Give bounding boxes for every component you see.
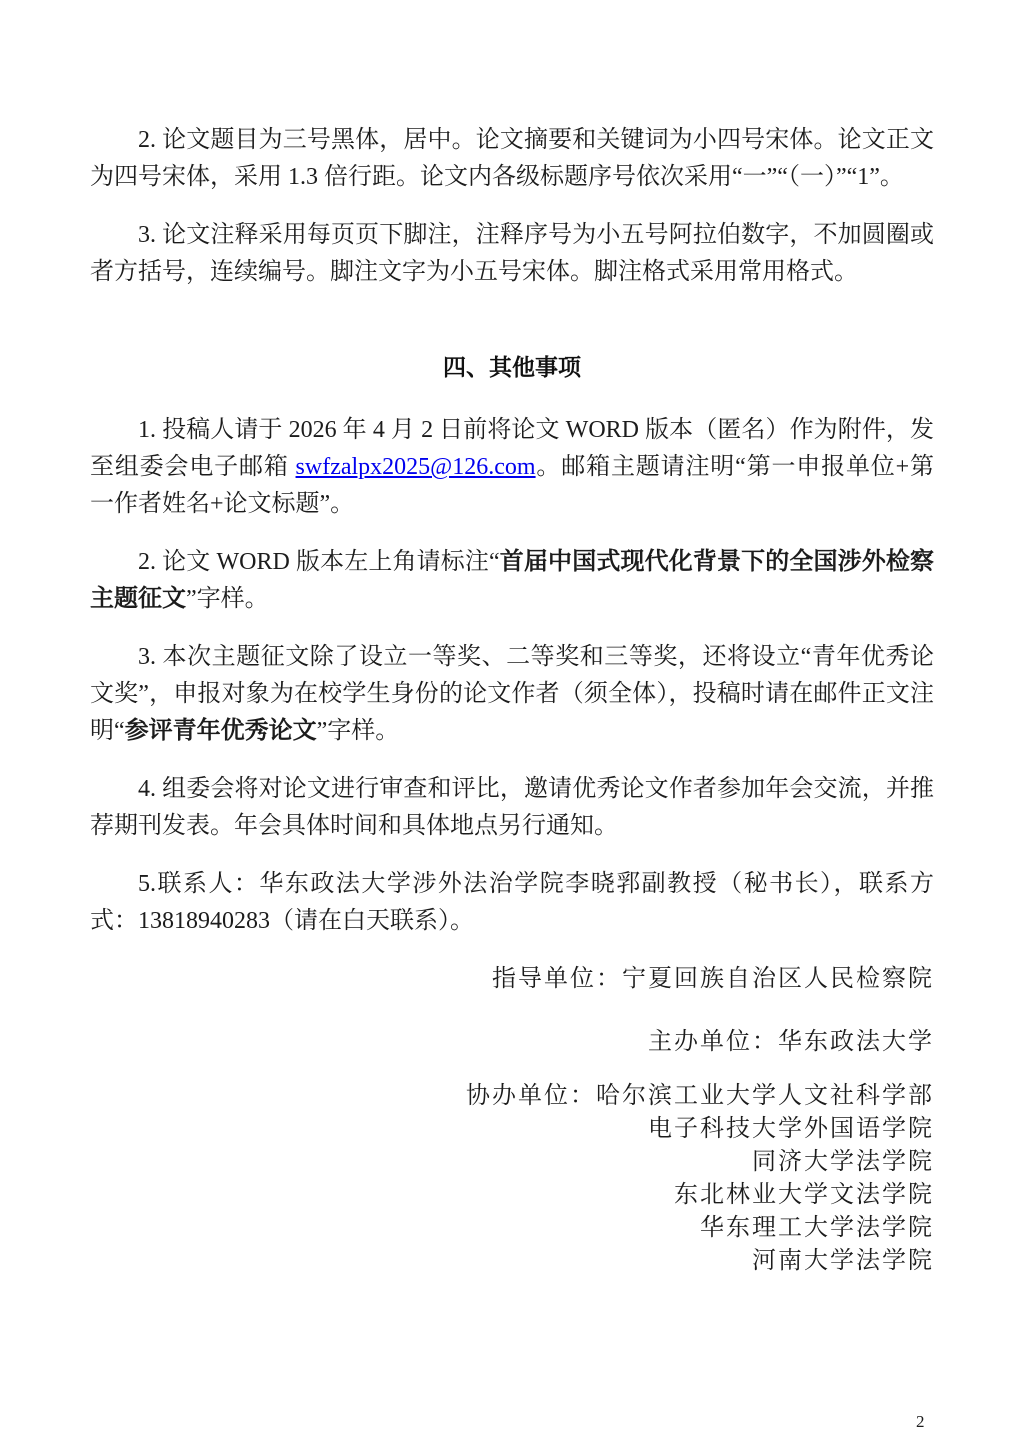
section-heading-other-matters: 四、其他事项 [90,349,934,386]
org-co-line: 电子科技大学外国语学院 [90,1113,934,1146]
org-guidance-line: 指导单位：宁夏回族自治区人民检察院 [90,961,934,998]
para-review: 4. 组委会将对论文进行审查和评比，邀请优秀论文作者参加年会交流，并推荐期刊发表… [90,771,934,845]
awards-text-after: ”字样。 [317,718,400,744]
org-co-line: 河南大学法学院 [90,1245,934,1278]
org-co-line: 协办单位：哈尔滨工业大学人文社科学部 [90,1080,934,1113]
org-co-line: 同济大学法学院 [90,1146,934,1179]
org-co-organizer-list: 协办单位：哈尔滨工业大学人文社科学部 电子科技大学外国语学院 同济大学法学院 东… [90,1080,934,1278]
para-title-format: 2. 论文题目为三号黑体，居中。论文摘要和关键词为小四号宋体。论文正文为四号宋体… [90,122,934,196]
email-link[interactable]: swfzalpx2025@126.com [296,454,536,480]
org-host-line: 主办单位：华东政法大学 [90,1024,934,1061]
page-number: 2 [916,1412,925,1432]
para-footnote-format: 3. 论文注释采用每页页下脚注，注释序号为小五号阿拉伯数字，不加圆圈或者方括号，… [90,217,934,291]
document-page: 2. 论文题目为三号黑体，居中。论文摘要和关键词为小四号宋体。论文正文为四号宋体… [0,0,1024,1449]
para-awards: 3. 本次主题征文除了设立一等奖、二等奖和三等奖，还将设立“青年优秀论文奖”，申… [90,639,934,750]
awards-youth-paper-note: 参评青年优秀论文 [125,718,317,744]
para-contact: 5.联系人：华东政法大学涉外法治学院李晓郛副教授（秘书长），联系方式：13818… [90,866,934,940]
word-label-text-before: 2. 论文 WORD 版本左上角请标注“ [138,549,500,575]
org-co-line: 华东理工大学法学院 [90,1212,934,1245]
para-submission: 1. 投稿人请于 2026 年 4 月 2 日前将论文 WORD 版本（匿名）作… [90,412,934,523]
para-word-label: 2. 论文 WORD 版本左上角请标注“首届中国式现代化背景下的全国涉外检察主题… [90,544,934,618]
word-label-text-after: ”字样。 [186,586,269,612]
org-co-line: 东北林业大学文法学院 [90,1179,934,1212]
